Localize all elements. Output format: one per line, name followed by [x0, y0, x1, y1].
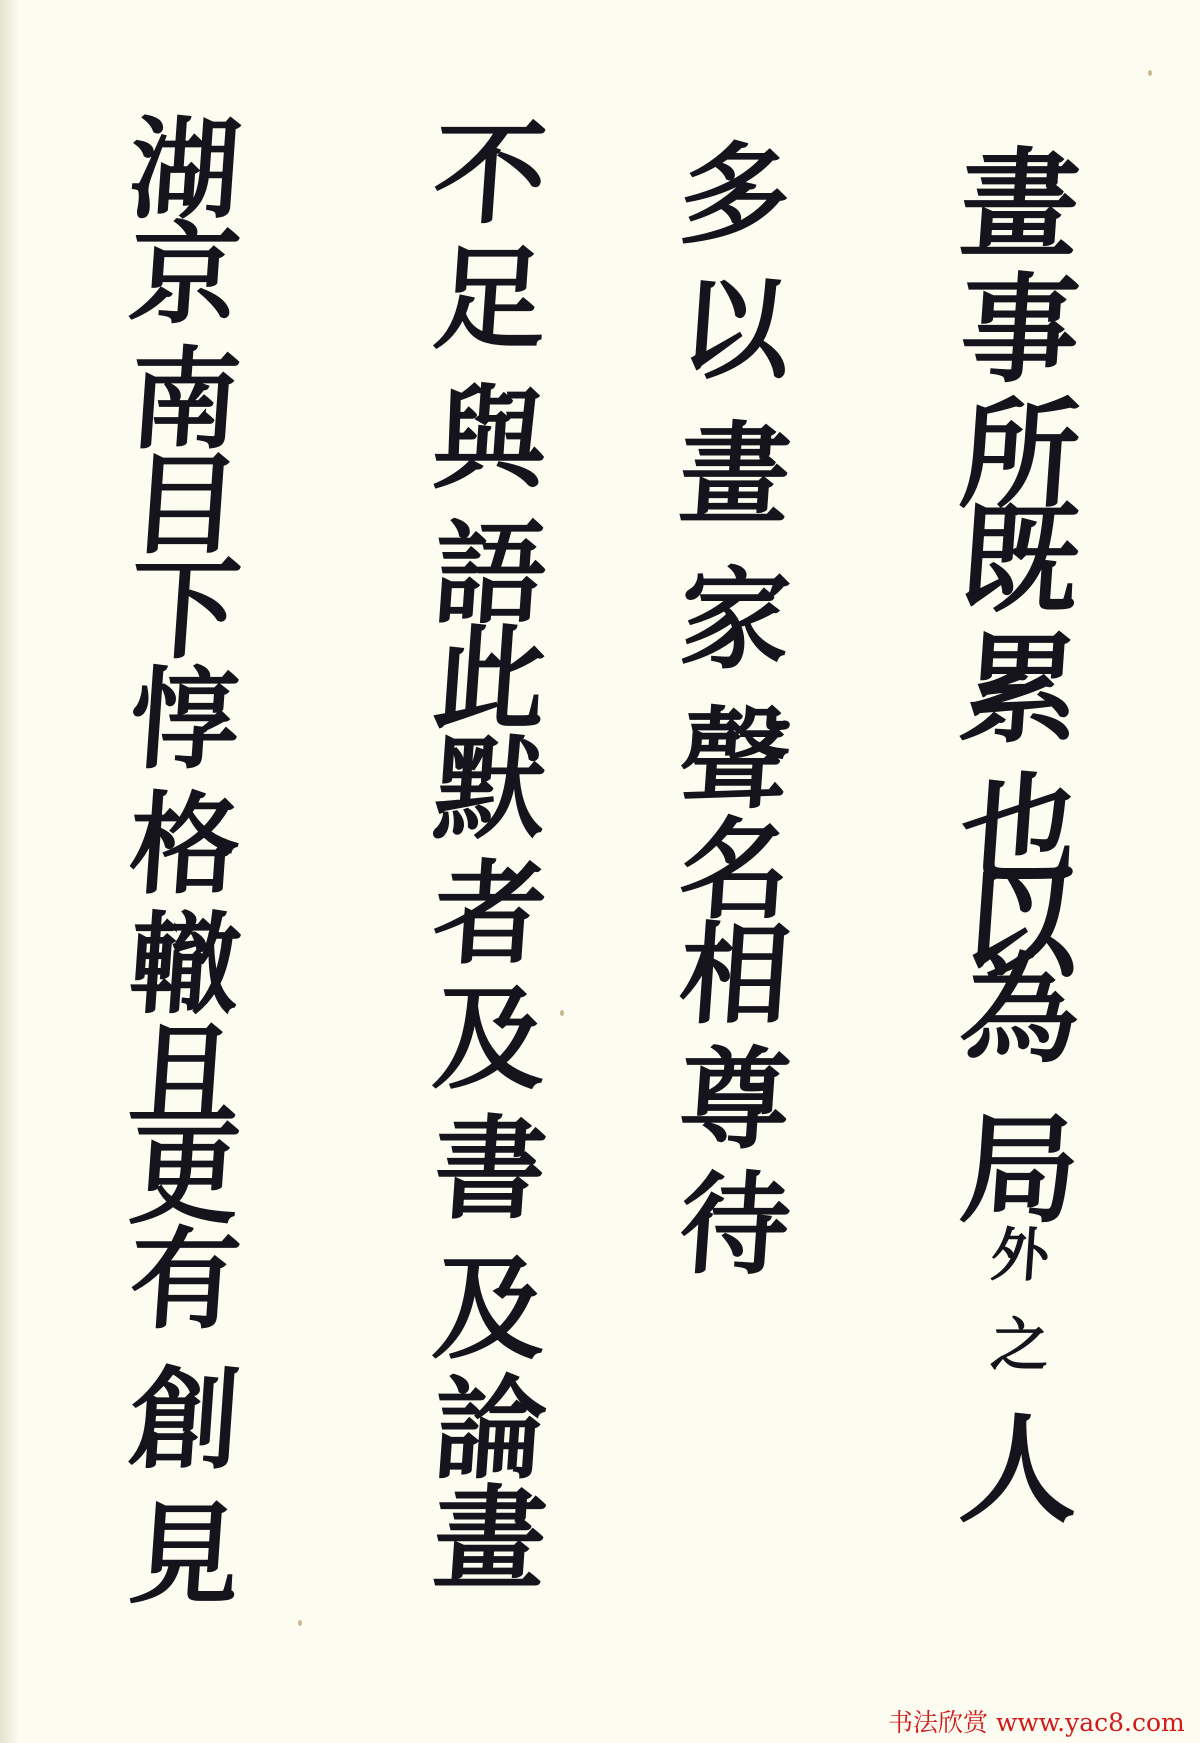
- calligraphy-character: 局: [931, 1111, 1109, 1229]
- calligraphy-character: 名: [646, 815, 824, 925]
- calligraphy-character: 相: [646, 920, 824, 1030]
- calligraphy-character: 聲: [646, 705, 824, 815]
- calligraphy-character: 有: [96, 1225, 274, 1335]
- calligraphy-character: 更: [96, 1120, 274, 1230]
- paper-speck: [298, 1620, 302, 1626]
- calligraphy-character: 以: [646, 275, 824, 385]
- watermark: 书法欣赏 www.yac8.com: [888, 1703, 1185, 1739]
- calligraphy-character: 多: [646, 140, 824, 250]
- calligraphy-character: 之: [933, 1316, 1107, 1374]
- calligraphy-character: 足: [401, 244, 579, 356]
- calligraphy-character: 論: [401, 1374, 579, 1486]
- calligraphy-character: 與: [401, 384, 579, 496]
- calligraphy-character: 湖: [96, 115, 274, 225]
- calligraphy-character: 家: [646, 565, 824, 675]
- calligraphy-character: 此: [401, 624, 579, 736]
- calligraphy-character: 格: [96, 790, 274, 900]
- calligraphy-character: 尊: [646, 1045, 824, 1155]
- calligraphy-character: 事: [931, 271, 1109, 389]
- paper-edge: [0, 0, 18, 1743]
- calligraphy-character: 不: [401, 119, 579, 231]
- calligraphy-character: 見: [96, 1500, 274, 1610]
- calligraphy-character: 既: [931, 501, 1109, 619]
- calligraphy-character: 惇: [96, 665, 274, 775]
- calligraphy-character: 者: [401, 859, 579, 971]
- calligraphy-character: 及: [401, 984, 579, 1096]
- calligraphy-character: 外: [933, 1226, 1107, 1284]
- text-column-1: 畫事所既累也以為局外之人: [935, 0, 1105, 1743]
- calligraphy-character: 畫: [931, 146, 1109, 264]
- text-column-2: 多以畫家聲名相尊待: [650, 0, 820, 1743]
- calligraphy-character: 書: [401, 1114, 579, 1226]
- calligraphy-character: 及: [401, 1254, 579, 1366]
- calligraphy-character: 累: [931, 631, 1109, 749]
- calligraphy-character: 人: [931, 1411, 1109, 1529]
- calligraphy-character: 京: [96, 220, 274, 330]
- paper-speck: [1148, 70, 1152, 76]
- calligraphy-character: 畫: [646, 420, 824, 530]
- text-column-3: 不足與語此默者及書及論畫: [405, 0, 575, 1743]
- calligraphy-character: 目: [96, 450, 274, 560]
- calligraphy-character: 待: [646, 1170, 824, 1280]
- text-column-4: 湖京南目下惇格轍且更有創見: [100, 0, 270, 1743]
- paper-speck: [560, 1010, 564, 1016]
- calligraphy-character: 南: [96, 345, 274, 455]
- calligraphy-character: 下: [96, 555, 274, 665]
- calligraphy-character: 默: [401, 734, 579, 846]
- calligraphy-character: 創: [96, 1365, 274, 1475]
- calligraphy-character: 轍: [96, 910, 274, 1020]
- calligraphy-character: 為: [931, 951, 1109, 1069]
- calligraphy-character: 畫: [401, 1484, 579, 1596]
